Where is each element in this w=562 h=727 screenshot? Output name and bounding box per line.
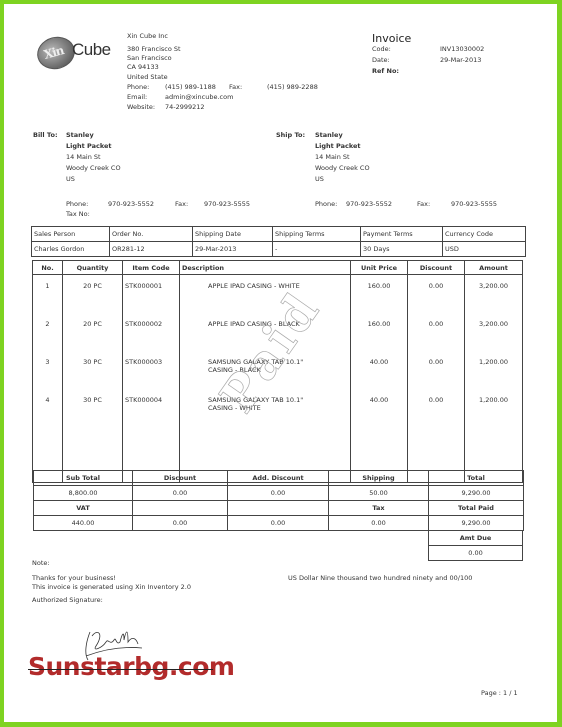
discount-value: 0.00	[133, 486, 228, 501]
total-label: Total	[429, 471, 524, 486]
add-discount-label: Add. Discount	[228, 471, 329, 486]
ship-to-line-2: Light Packet	[315, 142, 361, 151]
item-code: STK000003	[123, 351, 180, 389]
company-fax: (415) 989-2288	[267, 83, 318, 92]
thanks-text: Thanks for your business!	[32, 574, 116, 583]
bill-to-phone: 970-923-5552	[108, 200, 154, 209]
company-email-label: Email:	[127, 93, 147, 102]
order-sales-person: Charles Gordon	[32, 242, 110, 257]
item-no: 1	[33, 275, 63, 314]
company-address-1: 380 Francisco St	[127, 45, 181, 54]
item-no: 3	[33, 351, 63, 389]
total-paid-label: Total Paid	[429, 501, 524, 516]
logo-mark: Xin	[42, 43, 65, 62]
item-no: 2	[33, 313, 63, 351]
tax-value: 0.00	[329, 516, 429, 531]
item-quantity: 30 PC	[63, 389, 123, 427]
order-info-header-row: Sales Person Order No. Shipping Date Shi…	[32, 227, 526, 242]
bill-to-fax-label: Fax:	[175, 200, 188, 209]
totals-header-row-2: VAT Tax Total Paid	[34, 501, 524, 516]
items-header-amount: Amount	[465, 261, 523, 275]
totals-header-row-1: Sub Total Discount Add. Discount Shippin…	[34, 471, 524, 486]
discount-label: Discount	[133, 471, 228, 486]
order-header-order-no: Order No.	[110, 227, 193, 242]
item-quantity: 20 PC	[63, 275, 123, 314]
ship-to-label: Ship To:	[276, 131, 305, 140]
watermark-underline	[28, 669, 213, 670]
blank-label	[228, 501, 329, 516]
site-watermark: Sunstarbg.com	[28, 652, 234, 681]
item-discount: 0.00	[408, 389, 465, 427]
add-discount-value: 0.00	[228, 486, 329, 501]
company-email: admin@xincube.com	[165, 93, 233, 102]
item-discount: 0.00	[408, 313, 465, 351]
ship-to-line-1: Stanley	[315, 131, 343, 140]
order-info-table: Sales Person Order No. Shipping Date Shi…	[31, 226, 526, 257]
item-no: 4	[33, 389, 63, 427]
company-phone: (415) 989-1188	[165, 83, 216, 92]
shipping-value: 50.00	[329, 486, 429, 501]
tax-no-label: Tax No:	[66, 210, 90, 219]
items-header-row: No. Quantity Item Code Description Unit …	[33, 261, 523, 275]
order-header-payment-terms: Payment Terms	[361, 227, 443, 242]
subtotal-value: 8,800.00	[34, 486, 133, 501]
item-discount: 0.00	[408, 275, 465, 314]
invoice-ref-label: Ref No:	[372, 67, 399, 76]
amt-due-label: Amt Due	[429, 531, 523, 546]
company-phone-label: Phone:	[127, 83, 149, 92]
item-amount: 1,200.00	[465, 389, 523, 427]
company-address-4: United State	[127, 73, 168, 82]
ship-to-line-3: 14 Main St	[315, 153, 350, 162]
totals-value-row-2: 440.00 0.00 0.00 0.00 9,290.00	[34, 516, 524, 531]
invoice-date-label: Date:	[372, 56, 390, 65]
bill-to-label: Bill To:	[33, 131, 58, 140]
items-header-quantity: Quantity	[63, 261, 123, 275]
order-no: OR281-12	[110, 242, 193, 257]
order-header-currency-code: Currency Code	[443, 227, 526, 242]
item-unit-price: 40.00	[351, 389, 408, 427]
invoice-date: 29-Mar-2013	[440, 56, 481, 65]
total-paid-value: 9,290.00	[429, 516, 524, 531]
company-fax-label: Fax:	[229, 83, 242, 92]
order-header-shipping-date: Shipping Date	[193, 227, 273, 242]
item-quantity: 30 PC	[63, 351, 123, 389]
order-info-value-row: Charles Gordon OR281-12 29-Mar-2013 - 30…	[32, 242, 526, 257]
invoice-code-label: Code:	[372, 45, 391, 54]
items-header-description: Description	[180, 261, 351, 275]
authorized-signature-label: Authorized Signature:	[32, 596, 103, 605]
invoice-page: Xin Cube Xin Cube Inc 380 Francisco St S…	[4, 4, 557, 722]
subtotal-label: Sub Total	[34, 471, 133, 486]
discount-2-value: 0.00	[133, 516, 228, 531]
table-row: 4 30 PC STK000004 SAMSUNG GALAXY TAB 10.…	[33, 389, 523, 427]
generated-text: This invoice is generated using Xin Inve…	[32, 583, 191, 592]
company-name: Xin Cube Inc	[127, 32, 168, 41]
item-discount: 0.00	[408, 351, 465, 389]
order-header-sales-person: Sales Person	[32, 227, 110, 242]
items-header-unit-price: Unit Price	[351, 261, 408, 275]
item-amount: 1,200.00	[465, 351, 523, 389]
item-unit-price: 40.00	[351, 351, 408, 389]
ship-to-fax: 970-923-5555	[451, 200, 497, 209]
item-unit-price: 160.00	[351, 275, 408, 314]
company-website: 74-2999212	[165, 103, 205, 112]
bill-to-line-4: Woody Creek CO	[66, 164, 121, 173]
company-address-2: San Francisco	[127, 54, 172, 63]
item-code: STK000004	[123, 389, 180, 427]
note-label: Note:	[32, 559, 50, 568]
order-payment-terms: 30 Days	[361, 242, 443, 257]
vat-value: 440.00	[34, 516, 133, 531]
amount-due-table: Amt Due 0.00	[428, 530, 523, 561]
item-quantity: 20 PC	[63, 313, 123, 351]
item-amount: 3,200.00	[465, 313, 523, 351]
bill-to-line-1: Stanley	[66, 131, 94, 140]
bill-to-line-5: US	[66, 175, 75, 184]
invoice-title: Invoice	[372, 32, 411, 45]
order-shipping-terms: -	[273, 242, 361, 257]
company-address-3: CA 94133	[127, 63, 159, 72]
item-code: STK000001	[123, 275, 180, 314]
tax-label: Tax	[329, 501, 429, 516]
item-amount: 3,200.00	[465, 275, 523, 314]
items-header-no: No.	[33, 261, 63, 275]
vat-label: VAT	[34, 501, 133, 516]
bill-to-line-3: 14 Main St	[66, 153, 101, 162]
page-indicator: Page : 1 / 1	[481, 689, 518, 698]
ship-to-fax-label: Fax:	[417, 200, 430, 209]
ship-to-line-5: US	[315, 175, 324, 184]
add-discount-2-value: 0.00	[228, 516, 329, 531]
invoice-code: INV13030002	[440, 45, 484, 54]
ship-to-line-4: Woody Creek CO	[315, 164, 370, 173]
order-header-shipping-terms: Shipping Terms	[273, 227, 361, 242]
blank-label	[133, 501, 228, 516]
company-website-label: Website:	[127, 103, 155, 112]
item-code: STK000002	[123, 313, 180, 351]
order-shipping-date: 29-Mar-2013	[193, 242, 273, 257]
amount-in-words: US Dollar Nine thousand two hundred nine…	[288, 574, 472, 583]
items-header-item-code: Item Code	[123, 261, 180, 275]
shipping-label: Shipping	[329, 471, 429, 486]
order-currency-code: USD	[443, 242, 526, 257]
logo-text: Cube	[72, 40, 111, 60]
total-value: 9,290.00	[429, 486, 524, 501]
bill-to-line-2: Light Packet	[66, 142, 112, 151]
amt-due-value: 0.00	[429, 546, 523, 561]
totals-value-row-1: 8,800.00 0.00 0.00 50.00 9,290.00	[34, 486, 524, 501]
totals-table: Sub Total Discount Add. Discount Shippin…	[33, 470, 524, 531]
ship-to-phone-label: Phone:	[315, 200, 337, 209]
bill-to-fax: 970-923-5555	[204, 200, 250, 209]
item-unit-price: 160.00	[351, 313, 408, 351]
items-header-discount: Discount	[408, 261, 465, 275]
ship-to-phone: 970-923-5552	[346, 200, 392, 209]
bill-to-phone-label: Phone:	[66, 200, 88, 209]
